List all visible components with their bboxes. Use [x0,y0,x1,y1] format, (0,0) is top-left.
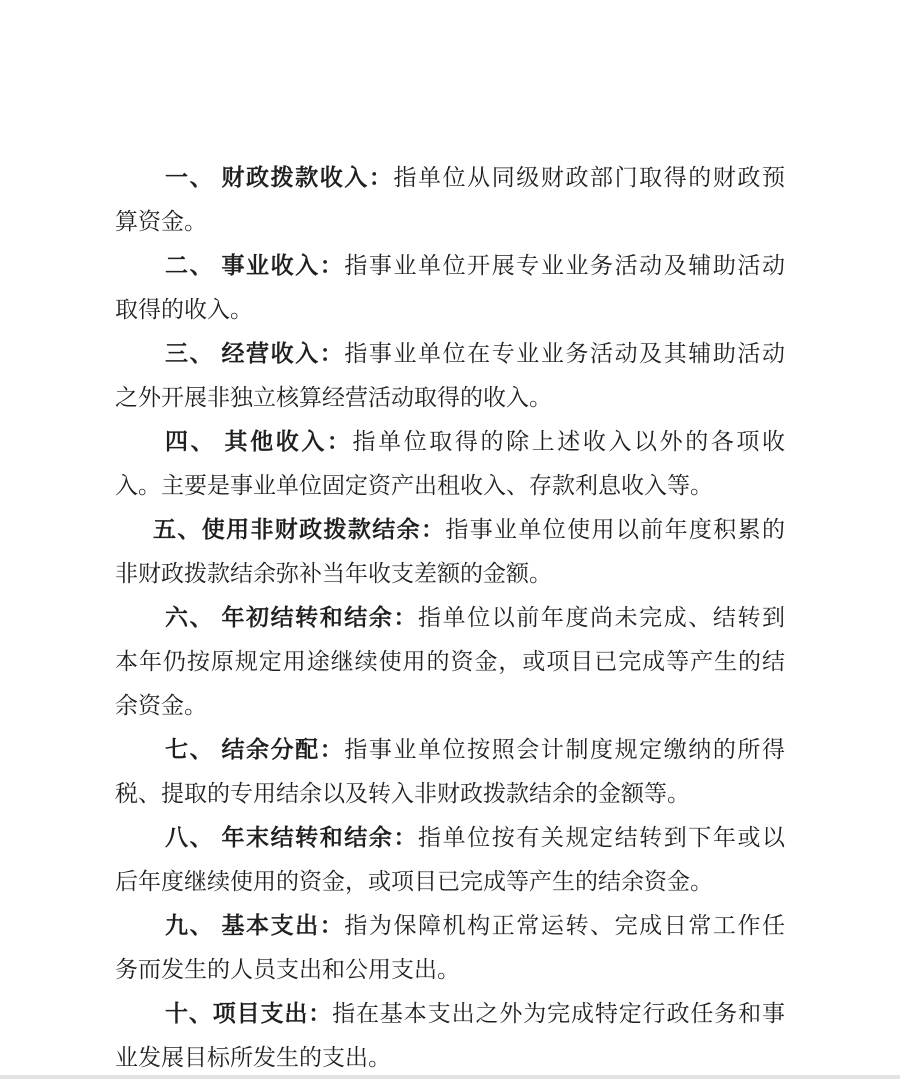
term-label: 十、项目支出： [165,1001,332,1026]
definition-paragraph: 十、项目支出：指在基本支出之外为完成特定行政任务和事业发展目标所发生的支出。 [115,992,785,1079]
text-line: 八、 年末结转和结余：指单位按有关规定结转到下年或以 [115,816,785,860]
definition-paragraph: 九、 基本支出：指为保障机构正常运转、完成日常工作任务而发生的人员支出和公用支出… [115,904,785,992]
text-line: 三、 经营收入：指事业单位在专业业务活动及其辅助活动 [115,332,785,376]
text-line: 业发展目标所发生的支出。 [115,1036,785,1079]
definition-paragraph: 三、 经营收入：指事业单位在专业业务活动及其辅助活动之外开展非独立核算经营活动取… [115,332,785,420]
term-label: 四、 其他收入： [165,429,353,454]
text-line: 一、 财政拨款收入：指单位从同级财政部门取得的财政预 [115,156,785,200]
text-line: 税、提取的专用结余以及转入非财政拨款结余的金额等。 [115,772,785,816]
definition-text: 指在基本支出之外为完成特定行政任务和事 [332,1001,785,1026]
term-label: 二、 事业收入： [165,253,344,278]
definition-text: 指单位从同级财政部门取得的财政预 [393,165,785,190]
text-line: 余资金。 [115,684,785,728]
definition-paragraph: 七、 结余分配：指事业单位按照会计制度规定缴纳的所得税、提取的专用结余以及转入非… [115,728,785,816]
term-label: 九、 基本支出： [165,913,344,938]
text-line: 六、 年初结转和结余：指单位以前年度尚未完成、结转到 [115,596,785,640]
text-line: 二、 事业收入：指事业单位开展专业业务活动及辅助活动 [115,244,785,288]
text-line: 算资金。 [115,200,785,244]
definition-paragraph: 二、 事业收入：指事业单位开展专业业务活动及辅助活动取得的收入。 [115,244,785,332]
definition-text: 业发展目标所发生的支出。 [115,1045,391,1070]
term-label: 八、 年末结转和结余： [165,825,418,850]
definition-text: 取得的收入。 [115,297,253,322]
document-page: 一、 财政拨款收入：指单位从同级财政部门取得的财政预算资金。二、 事业收入：指事… [0,0,900,1079]
definition-text: 税、提取的专用结余以及转入非财政拨款结余的金额等。 [115,781,690,806]
definition-text: 指事业单位使用以前年度积累的 [445,517,785,542]
definition-text: 余资金。 [115,693,207,718]
text-line: 后年度继续使用的资金，或项目已完成等产生的结余资金。 [115,860,785,904]
definition-paragraph: 一、 财政拨款收入：指单位从同级财政部门取得的财政预算资金。 [115,156,785,244]
text-line: 本年仍按原规定用途继续使用的资金，或项目已完成等产生的结 [115,640,785,684]
term-label: 五、使用非财政拨款结余： [153,517,445,542]
definition-paragraph: 四、 其他收入：指单位取得的除上述收入以外的各项收入。主要是事业单位固定资产出租… [115,420,785,508]
definition-text: 指单位以前年度尚未完成、结转到 [418,605,785,630]
term-label: 三、 经营收入： [165,341,344,366]
definition-text: 务而发生的人员支出和公用支出。 [115,957,460,982]
text-line: 九、 基本支出：指为保障机构正常运转、完成日常工作任 [115,904,785,948]
definition-text: 后年度继续使用的资金，或项目已完成等产生的结余资金。 [115,869,713,894]
page-bottom-edge [0,1075,900,1079]
text-line: 入。主要是事业单位固定资产出租收入、存款利息收入等。 [115,464,785,508]
definition-paragraph: 六、 年初结转和结余：指单位以前年度尚未完成、结转到本年仍按原规定用途继续使用的… [115,596,785,728]
definition-text: 指事业单位在专业业务活动及其辅助活动 [344,341,785,366]
definition-text: 算资金。 [115,209,207,234]
term-label: 六、 年初结转和结余： [165,605,418,630]
term-label: 七、 结余分配： [165,737,344,762]
definition-text: 本年仍按原规定用途继续使用的资金，或项目已完成等产生的结 [115,649,785,674]
definition-text: 指单位取得的除上述收入以外的各项收 [353,429,786,454]
term-label: 一、 财政拨款收入： [165,165,393,190]
text-line: 非财政拨款结余弥补当年收支差额的金额。 [115,552,785,596]
definition-paragraph: 五、使用非财政拨款结余：指事业单位使用以前年度积累的非财政拨款结余弥补当年收支差… [115,508,785,596]
text-line: 之外开展非独立核算经营活动取得的收入。 [115,376,785,420]
definition-text: 指为保障机构正常运转、完成日常工作任 [344,913,785,938]
definition-paragraph: 八、 年末结转和结余：指单位按有关规定结转到下年或以后年度继续使用的资金，或项目… [115,816,785,904]
document-content: 一、 财政拨款收入：指单位从同级财政部门取得的财政预算资金。二、 事业收入：指事… [115,156,785,1079]
definition-text: 非财政拨款结余弥补当年收支差额的金额。 [115,561,552,586]
definition-text: 指事业单位开展专业业务活动及辅助活动 [344,253,785,278]
definition-text: 之外开展非独立核算经营活动取得的收入。 [115,385,552,410]
definition-text: 入。主要是事业单位固定资产出租收入、存款利息收入等。 [115,473,713,498]
text-line: 五、使用非财政拨款结余：指事业单位使用以前年度积累的 [115,508,785,552]
text-line: 务而发生的人员支出和公用支出。 [115,948,785,992]
text-line: 七、 结余分配：指事业单位按照会计制度规定缴纳的所得 [115,728,785,772]
definition-text: 指单位按有关规定结转到下年或以 [418,825,785,850]
definition-text: 指事业单位按照会计制度规定缴纳的所得 [344,737,785,762]
text-line: 取得的收入。 [115,288,785,332]
text-line: 四、 其他收入：指单位取得的除上述收入以外的各项收 [115,420,785,464]
text-line: 十、项目支出：指在基本支出之外为完成特定行政任务和事 [115,992,785,1036]
